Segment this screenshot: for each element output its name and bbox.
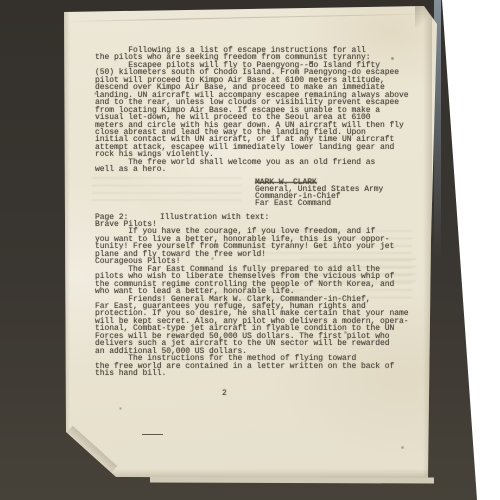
page2-caption: Illustration with text: xyxy=(160,214,269,221)
far-east-paragraph: The Far East Command is fully prepared t… xyxy=(95,266,430,296)
escape-instructions-paragraph: Escapee pilots will fly to Paengyong--do… xyxy=(95,62,430,174)
ink-smear-underline xyxy=(142,434,163,436)
paper-bottom-edge-shading xyxy=(66,469,429,478)
signature-command: Far East Command xyxy=(255,200,430,207)
intro-paragraph: Following is a list of escape instructio… xyxy=(95,47,430,62)
document-paper: Following is a list of escape instructio… xyxy=(0,0,500,500)
paper-crease xyxy=(66,13,432,22)
courage-paragraph: If you have the courage, if you love fre… xyxy=(95,228,430,258)
typed-text-column: Following is a list of escape instructio… xyxy=(95,47,430,398)
signature-block: MARK W. CLARK General, United States Arm… xyxy=(255,179,430,208)
scanned-photo-canvas: Following is a list of escape instructio… xyxy=(0,0,500,500)
reward-paragraph: Friends! General Mark W. Clark, Commande… xyxy=(95,296,430,356)
letter-paragraph: The instructions for the method of flyin… xyxy=(95,355,430,377)
page-number: 2 xyxy=(222,390,430,397)
